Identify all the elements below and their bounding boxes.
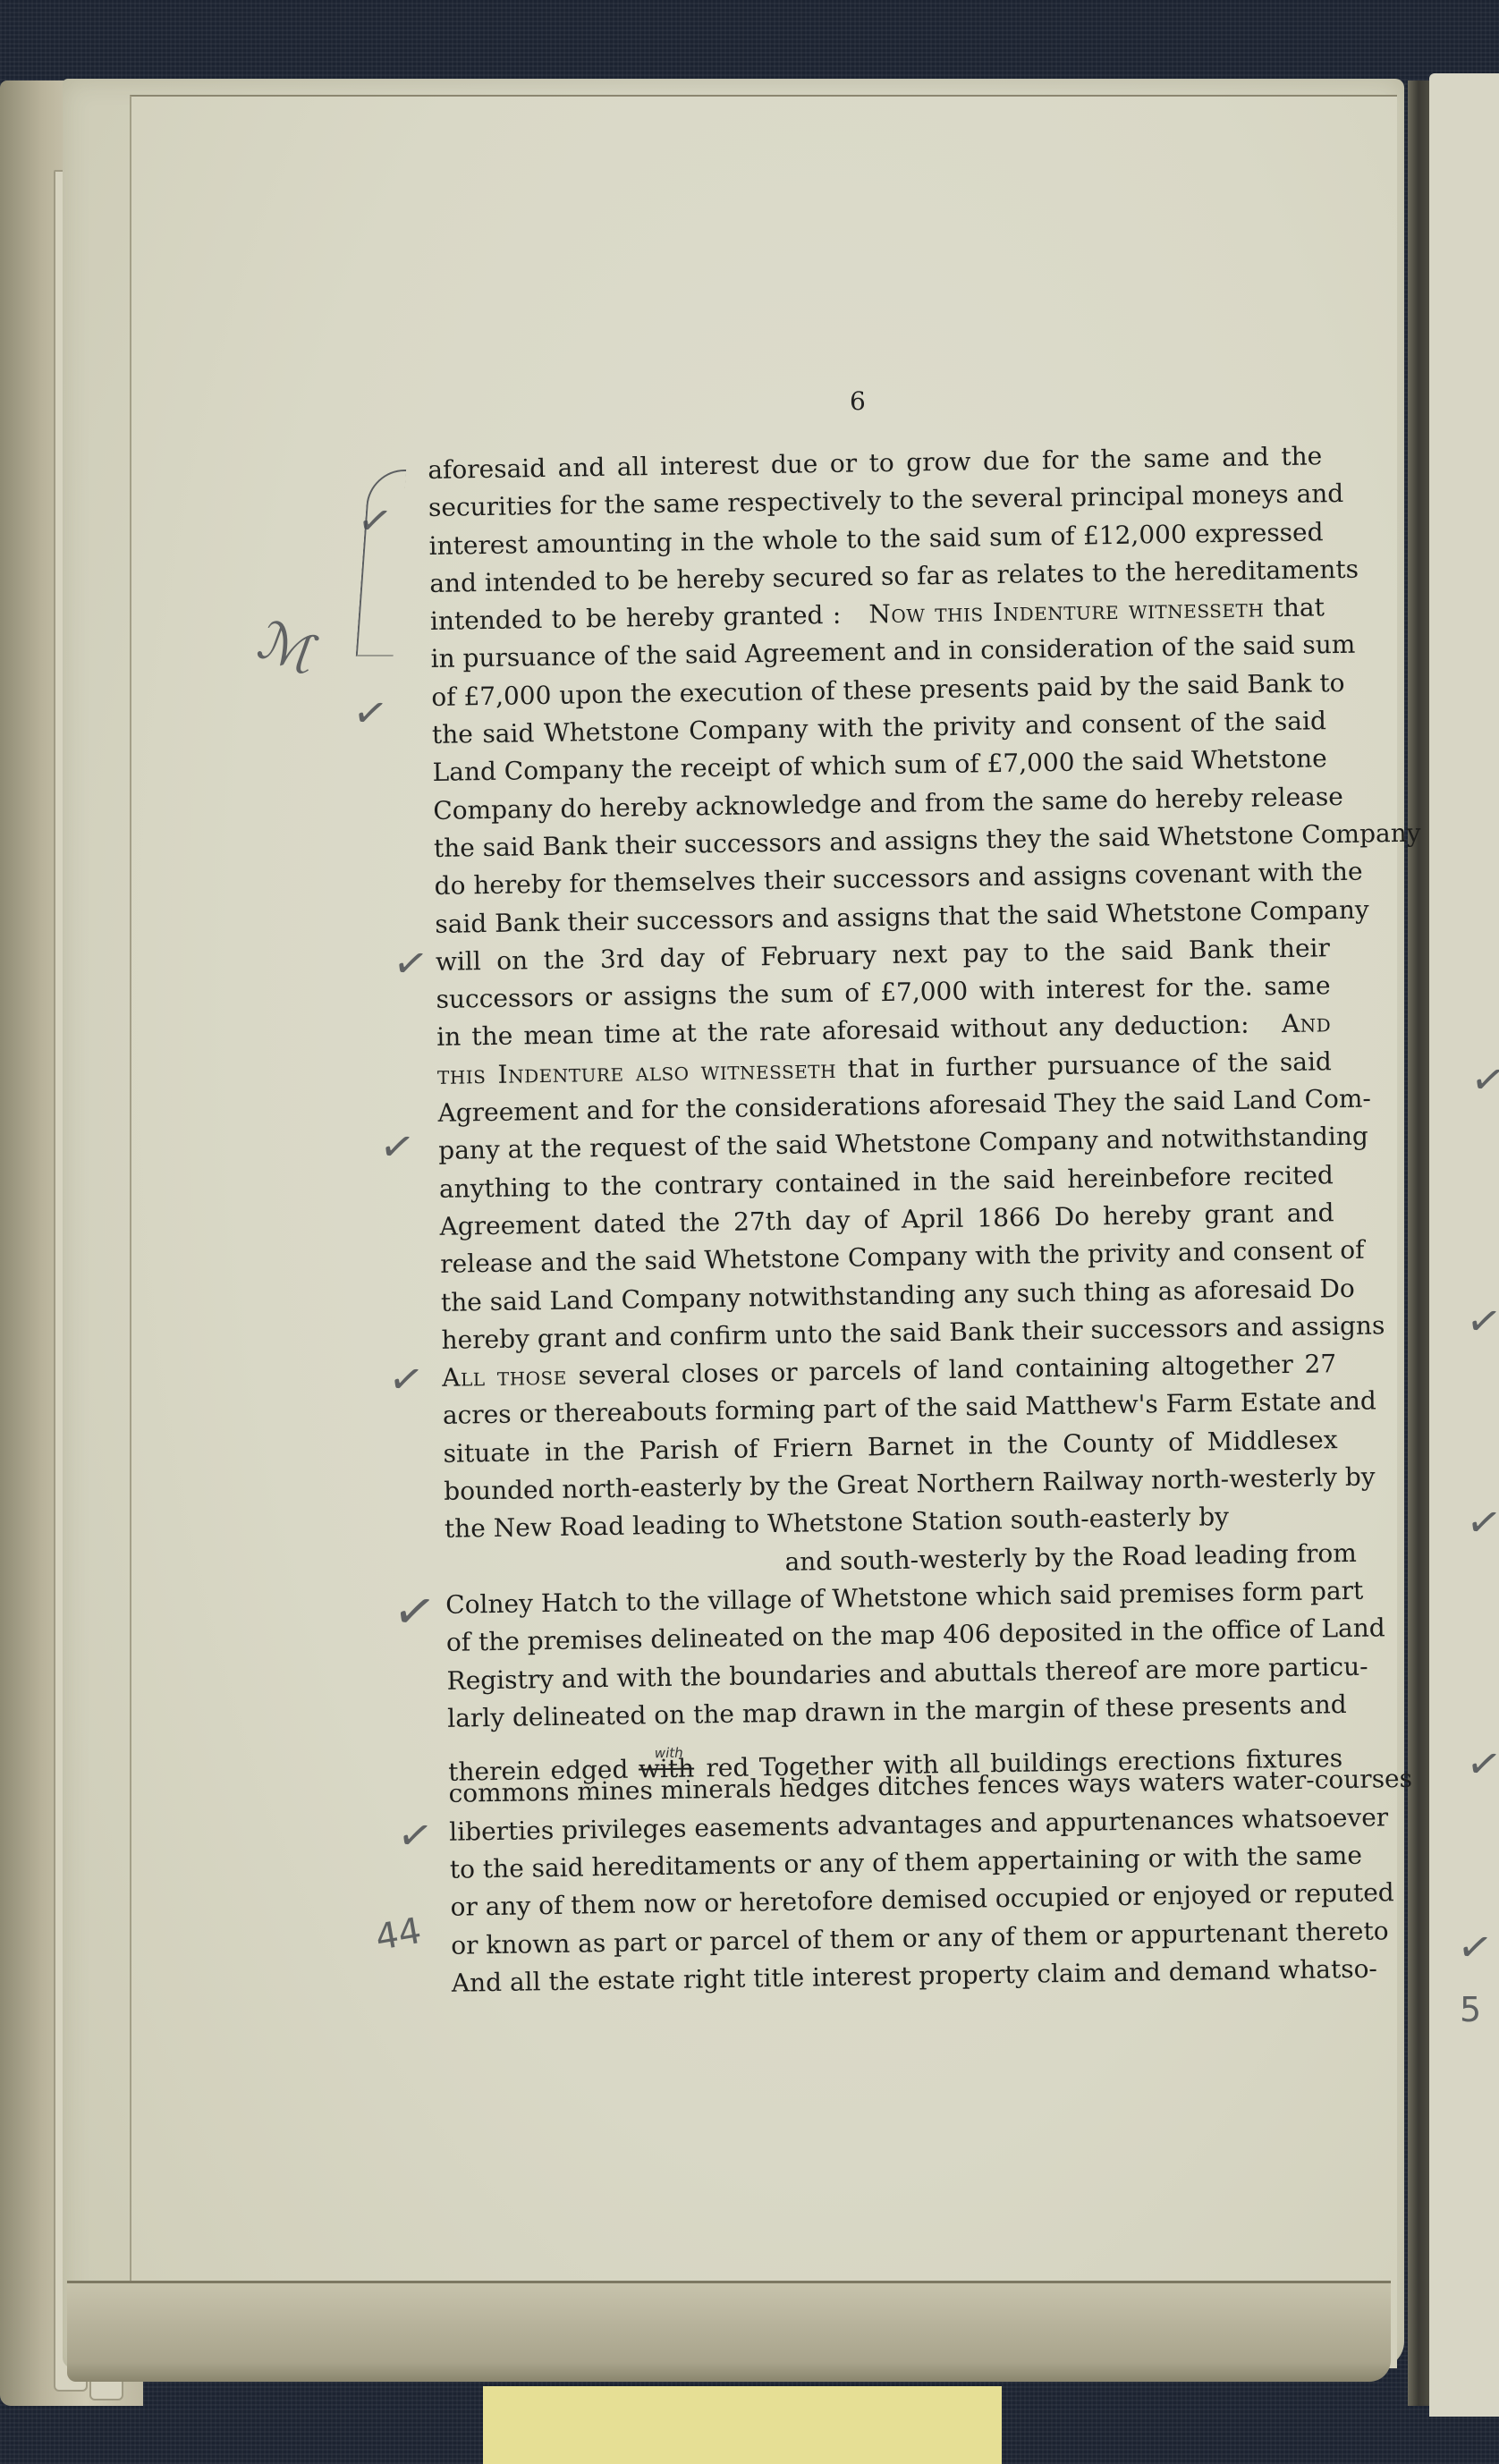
page-bottom-fold: [67, 2281, 1391, 2382]
pencil-note-44: 44: [372, 1910, 424, 1959]
paper-tab-marker: [483, 2386, 1002, 2464]
handwritten-insertion: with: [655, 1745, 683, 1761]
indenture-text: aforesaid and all interest due or to gro…: [428, 437, 1346, 2003]
pencil-note-5: 5: [1460, 1990, 1481, 2029]
next-page-edge: [1429, 73, 1499, 2417]
page-number: 6: [850, 386, 866, 416]
